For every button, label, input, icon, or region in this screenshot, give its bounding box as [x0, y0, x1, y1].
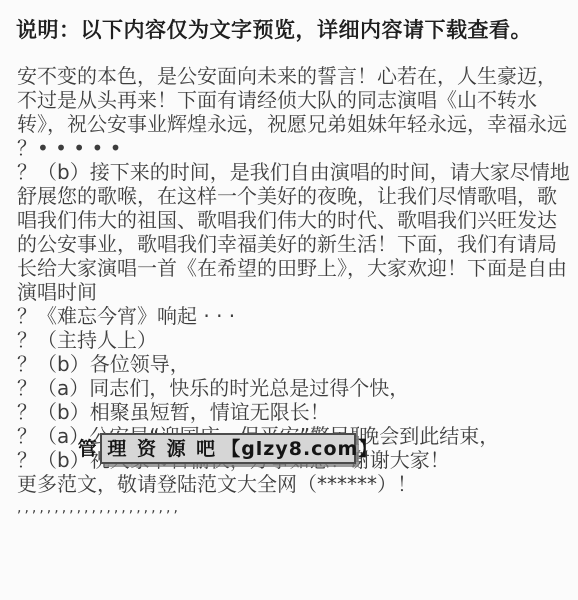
dialogue-line: ？（b）相聚虽短暂，情谊无限长！ — [17, 400, 570, 424]
paragraph: 安不变的本色，是公安面向未来的誓言！心若在，人生豪迈，不过是从头再来！下面有请经… — [17, 64, 570, 136]
paragraph: ？（b）接下来的时间，是我们自由演唱的时间，请大家尽情地舒展您的歌喉，在这样一个… — [17, 160, 570, 304]
dialogue-line: ？（b）各位领导， — [17, 352, 570, 376]
dotted-separator: ,,,,,,,,,,,,,,,,,,,,,, — [17, 496, 570, 520]
watermark-overlay: 管 理 资 源 吧 【glzy8.com】 — [100, 433, 356, 464]
watermarked-text-block: ？（a）公安局“迎国庆、保平安”警民联欢晚会到此结束， ？（b）祝大家节日愉快，… — [17, 424, 570, 472]
song-cue-line: ？《难忘今宵》响起 · · · — [17, 304, 570, 328]
watermark-site-url: 【glzy8.com】 — [221, 437, 378, 461]
footer-note: 更多范文，敬请登陆范文大全网（******）！ — [17, 472, 570, 496]
preview-notice: 说明：以下内容仅为文字预览，详细内容请下载查看。 — [16, 14, 568, 44]
document-body: 安不变的本色，是公安面向未来的誓言！心若在，人生豪迈，不过是从头再来！下面有请经… — [17, 64, 570, 520]
obscured-line-right: 晚会到此结束， — [359, 424, 499, 448]
ellipsis-line: ？• • • • • — [17, 136, 570, 160]
dialogue-line: ？（a）同志们，快乐的时光总是过得个快， — [17, 376, 570, 400]
stage-direction-line: ？（主持人上） — [17, 328, 570, 352]
watermark-site-name: 管 理 资 源 吧 — [78, 437, 217, 461]
